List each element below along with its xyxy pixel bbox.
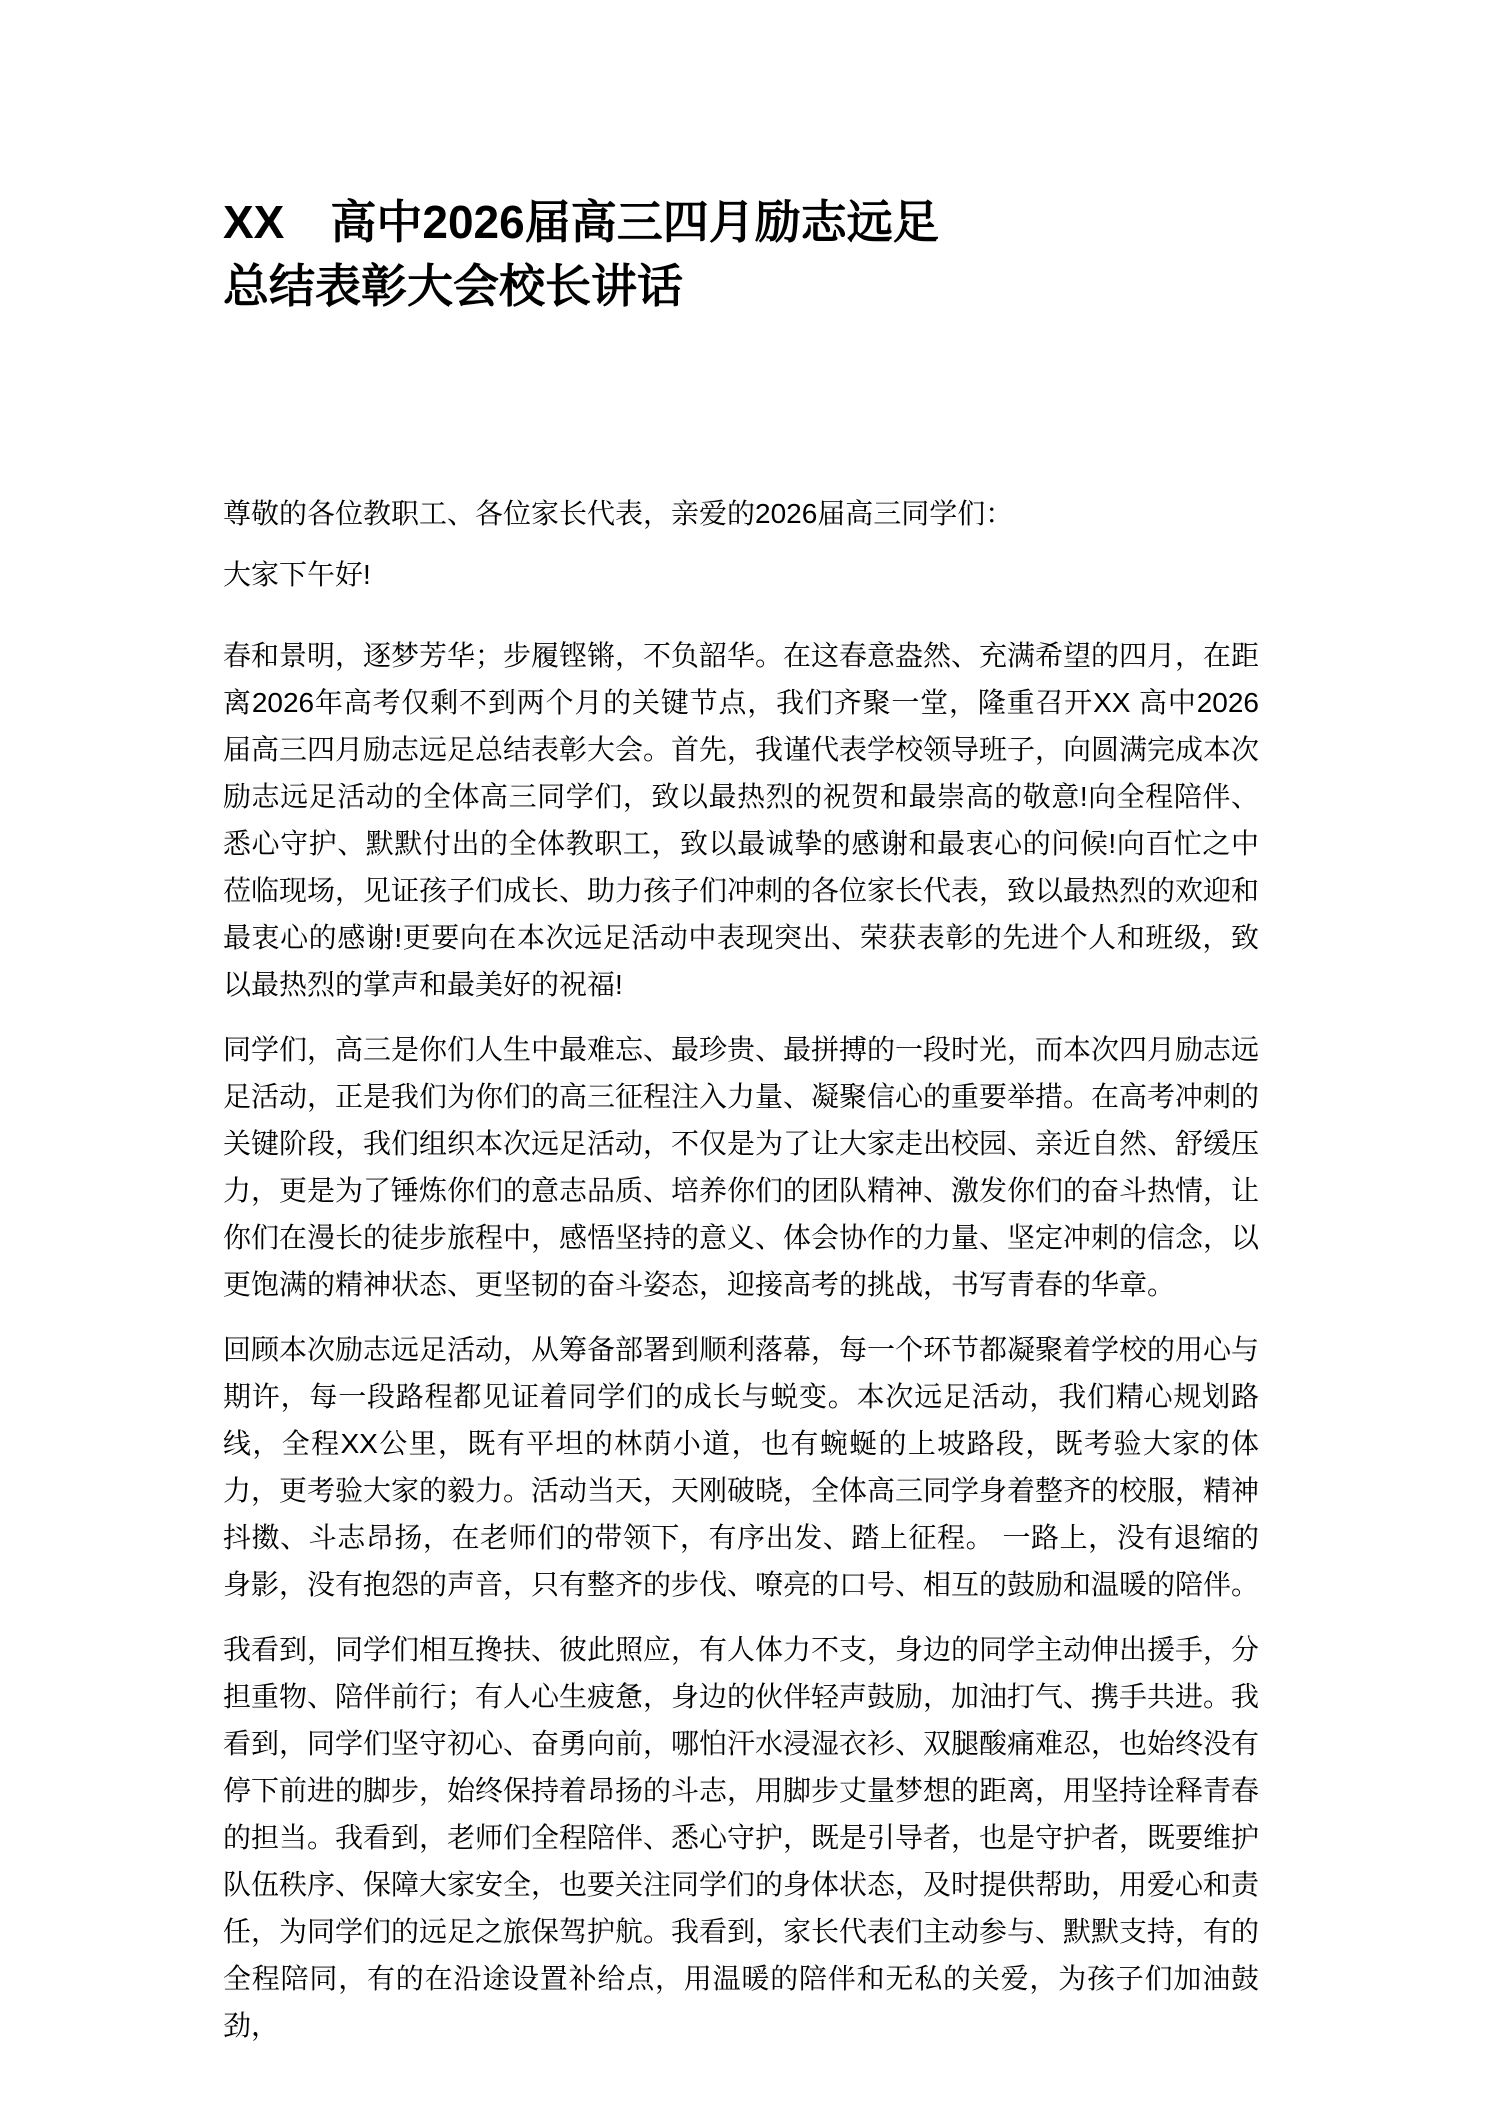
- paragraph-activity-purpose: 同学们，高三是你们人生中最难忘、最珍贵、最拼搏的一段时光，而本次四月励志远足活动…: [223, 1026, 1259, 1308]
- paragraph-opening-thanks: 春和景明，逐梦芳华；步履铿锵，不负韶华。在这春意盎然、充满希望的四月，在距离20…: [223, 632, 1259, 1008]
- document-title-line-1: XX 高中2026届高三四月励志远足: [223, 190, 1259, 254]
- document-title-line-2: 总结表彰大会校长讲话: [223, 254, 1259, 318]
- greeting-line: 大家下午好!: [223, 551, 1259, 598]
- document-content: XX 高中2026届高三四月励志远足 总结表彰大会校长讲话 尊敬的各位教职工、各…: [223, 190, 1259, 2067]
- salutation-line: 尊敬的各位教职工、各位家长代表，亲爱的2026届高三同学们：: [223, 490, 1259, 537]
- paragraph-observations: 我看到，同学们相互搀扶、彼此照应，有人体力不支，身边的同学主动伸出援手，分担重物…: [223, 1626, 1259, 2049]
- paragraph-activity-review: 回顾本次励志远足活动，从筹备部署到顺利落幕，每一个环节都凝聚着学校的用心与期许，…: [223, 1326, 1259, 1608]
- document-title: XX 高中2026届高三四月励志远足 总结表彰大会校长讲话: [223, 190, 1259, 318]
- document-page: XX 高中2026届高三四月励志远足 总结表彰大会校长讲话 尊敬的各位教职工、各…: [0, 0, 1493, 2112]
